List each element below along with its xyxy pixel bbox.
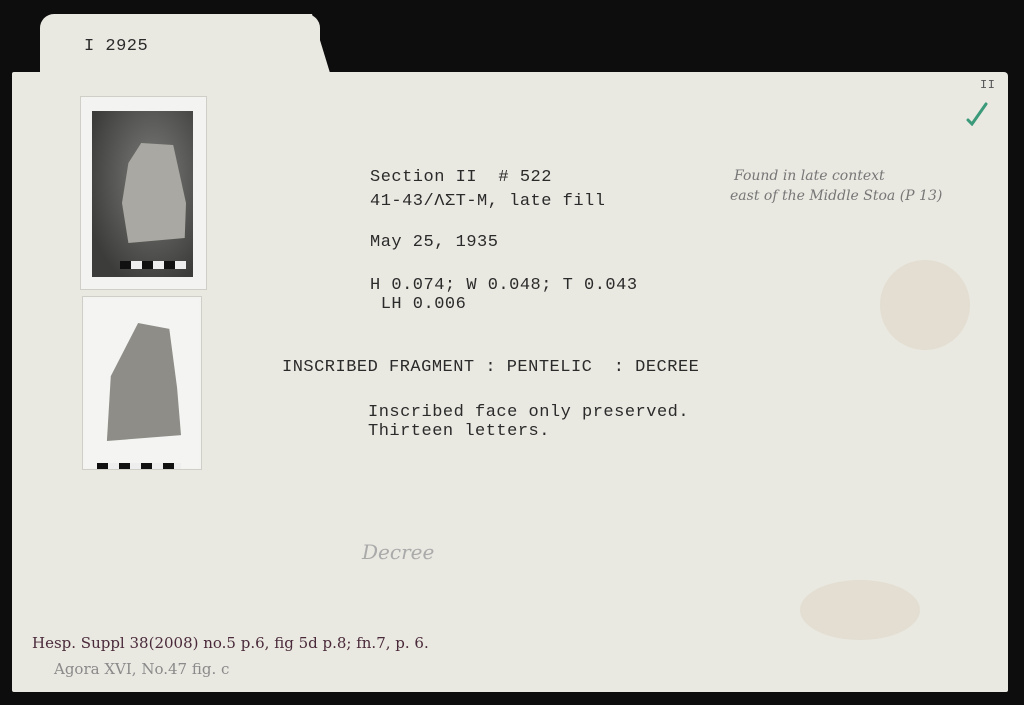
paper-stain (880, 260, 970, 350)
reference-1: Hesp. Suppl 38(2008) no.5 p.6, fig 5d p.… (32, 634, 429, 652)
photo-mount-bottom (82, 296, 202, 470)
grid-line: 41-43/ΛΣT-M, late fill (370, 192, 605, 211)
pencil-note: Decree (362, 540, 434, 564)
fragment-image (122, 143, 186, 243)
dimensions: H 0.074; W 0.048; T 0.043 (370, 276, 638, 295)
paper-stain (800, 580, 920, 640)
scale-bar (120, 261, 186, 269)
fragment-photo-light (85, 299, 199, 467)
corner-mark: II (980, 78, 995, 92)
reference-2: Agora XVI, No.47 fig. c (54, 660, 229, 678)
check-mark-icon (966, 100, 988, 126)
fragment-image (103, 323, 181, 441)
description-line-2: Thirteen letters. (368, 422, 550, 441)
handwritten-note-1: Found in late context (734, 168, 885, 184)
inventory-number: I 2925 (84, 37, 148, 56)
letter-height: LH 0.006 (370, 295, 466, 314)
fragment-photo-dark (92, 111, 193, 277)
photo-mount-top (80, 96, 207, 290)
description-line-1: Inscribed face only preserved. (368, 403, 689, 422)
scale-bar (97, 463, 181, 469)
classification: INSCRIBED FRAGMENT : PENTELIC : DECREE (282, 358, 699, 377)
section-line: Section II # 522 (370, 168, 552, 187)
handwritten-note-2: east of the Middle Stoa (P 13) (730, 188, 942, 204)
date: May 25, 1935 (370, 233, 498, 252)
